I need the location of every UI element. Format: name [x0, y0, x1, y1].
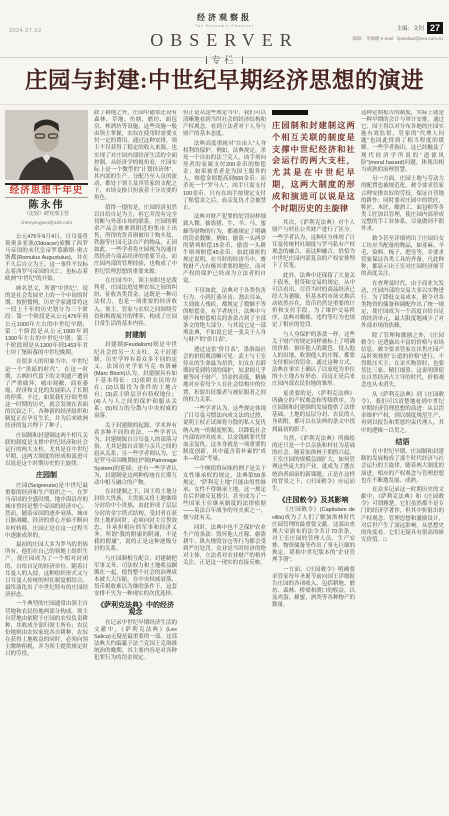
- section-subhead: 《庄园敕令》及其影响: [272, 497, 355, 504]
- column-2: 除了耕地之外，庄园中通常还设有森林、草地、鱼塘、磨坊、面包房、榨酒坊等设施。这些…: [94, 110, 177, 792]
- body-paragraph: 除了管理和激励之外，《庄园敕令》还透露出丰富的价格与市场信息。敕令要求管家在出售…: [361, 333, 444, 390]
- editor-contact: 编辑：李佩珊 e-mail：lipeishan@eeo.com.cn: [352, 36, 443, 42]
- body-paragraph: 法典高度重视对“自由人”人身权利的保护。例如，法典规定，杀死一个自由的法兰克人，…: [183, 141, 266, 212]
- section-subhead: 庄园制: [5, 472, 88, 479]
- column-5: 这种定期报告的制度，实际上就是一种早期的会计与审计安排。通过它，国王得以对分布各…: [361, 110, 444, 792]
- author-email: chenyongwei@126.com: [5, 220, 88, 227]
- column-4: 庄园制和封建制这两个相互关联的制度是支撑中世纪经济和社会运行的两大支柱，尤其是在…: [272, 110, 355, 792]
- headline-rule: [0, 104, 449, 105]
- pull-quote-text: 庄园制和封建制这两个相互关联的制度是支撑中世纪经济和社会运行的两大支柱，尤其是在…: [272, 120, 355, 214]
- body-paragraph: 在中世纪早期，庄园制和封建制的发展构成了那个时代经济与社会运行的主旋律。随着两大…: [361, 449, 444, 484]
- body-paragraph: 在庄园当中，领主同时也是裁判者。庄园法庭处理农奴之间的纠纷、征收各类罚金，这既是…: [94, 278, 177, 328]
- column-1-text: 公元476年9月4日，日耳曼将领奥多亚塞(Odoacer)废黜了西罗马帝国的末代…: [5, 234, 88, 658]
- column-1: 经济思想千年史 陈永伟 《比较》研究部主管 chenyongwei@126.co…: [5, 110, 88, 792]
- body-paragraph: 在很多人的印象当中，中世纪是一个“黑暗的时代”。在这一时期，古典时代留下的文明遗…: [5, 359, 88, 430]
- pull-quote-box: 庄园制和封建制这两个相互关联的制度是支撑中世纪经济和社会运行的两大支柱，尤其是在…: [272, 110, 355, 214]
- column-series-label: 经济思想千年史: [5, 183, 88, 198]
- body-paragraph: 一个颇值得玩味的例子是关于女性继承权的规定。法典第59条规定，“萨利克土地”只能…: [183, 466, 266, 523]
- body-paragraph: 同时，法典中也不乏保护农业生产的条款：毁坏他人庄稼、偷盗耕牛、纵火烧毁谷仓等行为…: [183, 525, 266, 568]
- body-paragraph: 其次，《萨利克法典》对个人财产与村社公共财产进行了区分。一些学者认为，这种区分体…: [272, 220, 355, 270]
- section-subhead: 《萨利克法典》中的经济观念: [94, 602, 177, 616]
- body-paragraph: 庄园(Seigneurie)是中世纪最重要的经济和生产组织之一。在罗马帝国的全盛…: [5, 483, 88, 540]
- body-paragraph: 在记录中世纪早期经济生活的文献中，《萨利克法典》(Lex Salica)无疑是最…: [94, 620, 177, 663]
- body-paragraph: 从《萨利克法典》到《庄园敕令》，我们可以清楚地看到中世纪早期经济管理思想的演进：…: [361, 392, 444, 435]
- body-paragraph: 敕令甚至详细列出了庄园妇女工坊应当配备的物品，如亚麻、羊毛、染料、梳子、肥皂等，…: [361, 236, 444, 279]
- body-paragraph: 公元476年9月4日，日耳曼将领奥多亚塞(Odoacer)废黜了西罗马帝国的末代…: [5, 234, 88, 284]
- body-paragraph: 顾名思义，所谓“中世纪”，说的是社会发展史上的一个中间的时期。按照惯例，历史学家…: [5, 286, 88, 357]
- body-paragraph: 但正是从这些规定当中，我们可以清晰地看到当时社会的经济结构和产权观念，看到立法者…: [183, 110, 266, 138]
- body-paragraph: 值得一提的是，庄园经济虽然以自给自足为主，但它并没有完全切断与外部市场的联系。庄…: [94, 205, 177, 276]
- body-paragraph: 此外，法典中还保留了大量关于债务、借贷和交易的规定。从中可以看出，尽管当时的商品…: [272, 273, 355, 330]
- body-paragraph: 另一方面，庄园土地与劳动力的配置也被规范化。敕令要求管家合理安排农奴的劳役，保证…: [361, 176, 444, 233]
- body-paragraph: 一些学者认为，这些规定体现了日耳曼习惯法向成文法的过渡，说明王权正试图将分散的私…: [183, 406, 266, 463]
- body-paragraph: 最初的庄园大多为罗马的贵族所有。他们在自己的领地上组织生产，使庄园成为了一个相对…: [5, 542, 88, 599]
- chief-editor: 主编：文钊: [396, 24, 424, 32]
- column-2-text: 除了耕地之外，庄园中通常还设有森林、草地、鱼塘、磨坊、面包房、榨酒坊等设施。这些…: [94, 110, 177, 662]
- header-rule: [0, 57, 449, 58]
- column-3: 但正是从这些规定当中，我们可以清晰地看到当时社会的经济结构和产权观念，看到立法者…: [183, 110, 266, 792]
- author-title: 《比较》研究部主管: [5, 211, 88, 218]
- body-paragraph: 除了耕地之外，庄园中通常还设有森林、草地、鱼塘、磨坊、面包房、榨酒坊等设施。这些…: [94, 110, 177, 202]
- body-paragraph: 法典对财产犯罪的处罚同样细致入微。偷盗猪、牛、羊、马、蜜蜂等财物的行为，都被规定…: [183, 214, 266, 285]
- body-paragraph: 封建制(Feudalism)则是中世纪社会的另一大支柱。关于封建制，历史学界有着…: [94, 342, 177, 420]
- body-paragraph: 在查理曼时代，由于商业欠发达，庄园内部的交易大多以实物进行。为了降低交易成本，敕…: [361, 281, 444, 331]
- body-paragraph: 这种定期报告的制度，实际上就是一种早期的会计与审计安排。通过它，国王得以对分布各…: [361, 110, 444, 174]
- author-sidebar: 经济思想千年史 陈永伟 《比较》研究部主管 chenyongwei@126.co…: [5, 110, 88, 227]
- column-4-text: 其次，《萨利克法典》对个人财产与村社公共财产进行了区分。一些学者认为，这种区分体…: [272, 220, 355, 609]
- article-columns: 经济思想千年史 陈永伟 《比较》研究部主管 chenyongwei@126.co…: [5, 110, 444, 792]
- column-3-text: 但正是从这些规定当中，我们可以清晰地看到当时社会的经济结构和产权观念，看到立法者…: [183, 110, 266, 567]
- body-paragraph: 庄园制和封建制这两个相互关联的制度是支撑中世纪经济和社会运行的两大支柱。尤其是在…: [5, 433, 88, 468]
- body-paragraph: 透过这张“价目表”，墨洛温社会的价值观清晰可见：武士与王室侍从的生命最为昂贵，妇…: [183, 347, 266, 404]
- body-paragraph: 一个典型的庄园通常由领主自营地和农民份地两部分构成。领主自营地由依附于庄园的农奴…: [5, 601, 88, 658]
- editor-block: 主编：文钊 27 编辑：李佩珊 e-mail：lipeishan@eeo.com…: [352, 22, 443, 42]
- body-paragraph: 更重要的是，《萨利克法典》所确立的产权观念和等级秩序，为庄园制和封建制的发展提供…: [272, 391, 355, 434]
- body-paragraph: 不仅如此，法典对于各类伤害行为，小到打落牙齿、割去耳朵，大到致人残疾，都规定了数…: [183, 288, 266, 345]
- body-paragraph: 当然，《萨利克法典》所描绘的还只是一个以亲族和村社为基础的社会。随着加洛林王朝的…: [272, 436, 355, 493]
- body-paragraph: 一方面，《庄园敕令》明确要求管家每年圣诞节前向国王详细报告庄园的各项收入，包括耕…: [272, 567, 355, 610]
- pull-quote-marker: [272, 110, 308, 115]
- author-name: 陈永伟: [5, 202, 88, 209]
- body-paragraph: 关于封建制的起源，学术界有着多种不同的看法。一些学者认为，封建制源自日耳曼人的部…: [94, 423, 177, 487]
- body-paragraph: 在众多记录这一时期历史的文献中，《萨利克法典》和《庄园敕令》可谓翘楚。它们虽然都…: [361, 487, 444, 544]
- page-number-badge: 27: [427, 22, 443, 34]
- body-paragraph: 与人身保护的条款一样，这些关于财产的规定同样被标上了明确的价格：损坏他人的篱笆、…: [272, 332, 355, 389]
- article-headline: 庄园与封建:中世纪早期经济思想的演进: [0, 63, 449, 95]
- body-paragraph: 与庄园制相互配合，封建制把军事义务、司法权力和土地收益捆绑在一起，使得整个社会的…: [94, 556, 177, 599]
- newspaper-page: 2024.07.02 经济观察报 The Economic Observer O…: [0, 0, 449, 816]
- page-header: 2024.07.02 经济观察报 The Economic Observer O…: [0, 0, 449, 58]
- author-photo: [5, 110, 88, 180]
- section-subhead: 封建制: [94, 332, 177, 339]
- body-paragraph: 《庄园敕令》(Capitulare de villis)成为了人们了解加洛林时代…: [272, 507, 355, 564]
- column-5-text: 这种定期报告的制度，实际上就是一种早期的会计与审计安排。通过它，国王得以对分布各…: [361, 110, 444, 544]
- body-paragraph: 在封建制之下，国王将土地分封给大贵族，大贵族又将土地继续分封给中小贵族，由此形成…: [94, 489, 177, 553]
- section-subhead: 结语: [361, 439, 444, 446]
